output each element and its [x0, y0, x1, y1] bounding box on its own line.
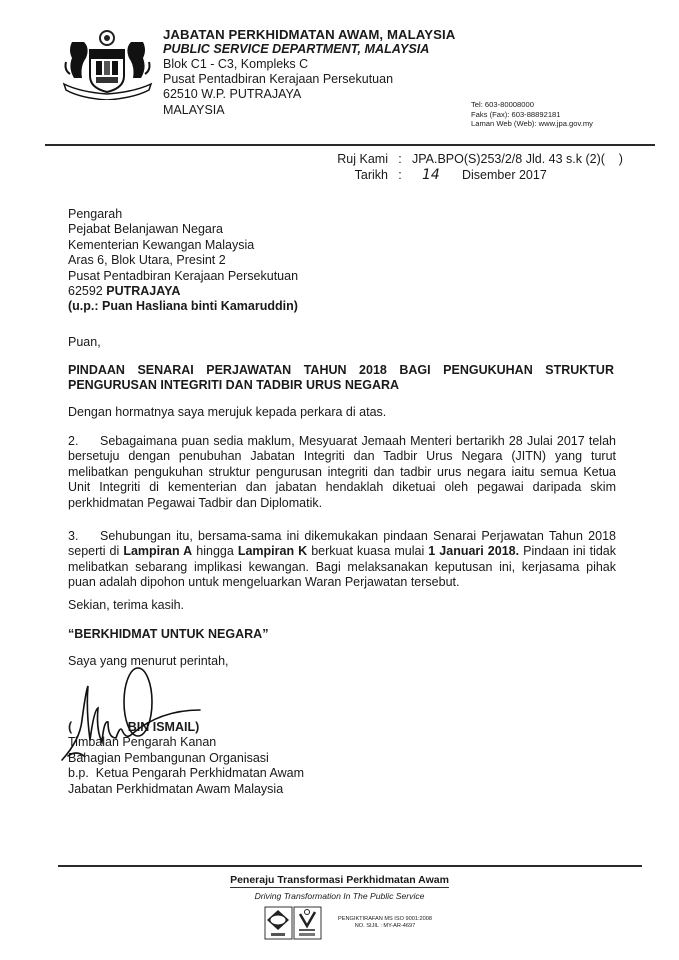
subject-line-1: PINDAAN SENARAI PERJAWATAN TAHUN 2018 BA… [68, 363, 614, 378]
date-month-year: Disember 2017 [462, 167, 547, 183]
address-line: Pusat Pentadbiran Kerajaan Persekutuan [163, 72, 393, 87]
reference-number: JPA.BPO(S)253/2/8 Jld. 43 s.k (2)( ) [412, 151, 623, 167]
addressee-block: Pengarah Pejabat Belanjawan Negara Kemen… [68, 207, 298, 315]
footer-tagline-text: Peneraju Transformasi Perkhidmatan Awam [230, 874, 449, 888]
signatory-department: Jabatan Perkhidmatan Awam Malaysia [68, 782, 304, 797]
salutation: Puan, [68, 335, 101, 350]
footer-divider [58, 865, 642, 867]
sirim-logo-icon [265, 907, 292, 939]
fax-number: Faks (Fax): 603-88892181 [471, 110, 593, 120]
addressee-line: Pengarah [68, 207, 298, 222]
footer-tagline: Peneraju Transformasi Perkhidmatan Awam [0, 874, 679, 886]
paragraph-3: 3.Sehubungan itu, bersama-sama ini dikem… [68, 529, 616, 591]
attachment-a: Lampiran A [123, 544, 192, 558]
postcode: 62592 [68, 284, 103, 298]
phone-number: Tel: 603-80008000 [471, 100, 593, 110]
paragraph-text: hingga [192, 544, 238, 558]
city: PUTRAJAYA [106, 284, 180, 298]
paragraph-text: Sebagaimana puan sedia maklum, Mesyuarat… [68, 434, 616, 510]
address-line: MALAYSIA [163, 103, 393, 118]
address-line: 62510 W.P. PUTRAJAYA [163, 87, 393, 102]
date-day-handwritten: 14 [412, 167, 462, 183]
header-divider [45, 144, 655, 146]
motto: “BERKHIDMAT UNTUK NEGARA” [68, 627, 268, 642]
contact-info: Tel: 603-80008000 Faks (Fax): 603-888921… [471, 100, 593, 129]
signature-icon [60, 660, 210, 770]
org-name: JABATAN PERKHIDMATAN AWAM, MALAYSIA [163, 27, 455, 42]
addressee-postcode-city: 62592 PUTRAJAYA [68, 284, 298, 299]
attachment-k: Lampiran K [238, 544, 307, 558]
address-line: Blok C1 - C3, Kompleks C [163, 57, 393, 72]
closing: Sekian, terima kasih. [68, 598, 184, 613]
certification-logos [264, 906, 322, 940]
footer-tagline-english: Driving Transformation In The Public Ser… [0, 891, 679, 901]
ukas-logo-icon [294, 907, 321, 939]
reference-block: Ruj Kami : JPA.BPO(S)253/2/8 Jld. 43 s.k… [318, 151, 623, 183]
addressee-line: Kementerian Kewangan Malaysia [68, 238, 298, 253]
paragraph-text: berkuat kuasa mulai [307, 544, 428, 558]
iso-certification: PENGIKTIRAFAN MS ISO 9001:2008 [330, 916, 440, 923]
certificate-number: NO. SIJIL : MY-AR-4697 [330, 923, 440, 930]
addressee-line: Pusat Pentadbiran Kerajaan Persekutuan [68, 269, 298, 284]
attention-line: (u.p.: Puan Hasliana binti Kamaruddin) [68, 299, 298, 314]
paragraph-2: 2.Sebagaimana puan sedia maklum, Mesyuar… [68, 434, 616, 511]
reference-label: Ruj Kami [318, 151, 388, 167]
org-address: Blok C1 - C3, Kompleks C Pusat Pentadbir… [163, 57, 393, 118]
paragraph-number: 3. [68, 529, 100, 544]
coat-of-arms-icon [60, 28, 155, 100]
website: Laman Web (Web): www.jpa.gov.my [471, 119, 593, 129]
paragraph-number: 2. [68, 434, 100, 449]
effective-date: 1 Januari 2018. [428, 544, 519, 558]
addressee-line: Aras 6, Blok Utara, Presint 2 [68, 253, 298, 268]
separator: : [388, 167, 412, 183]
intro-paragraph: Dengan hormatnya saya merujuk kepada per… [68, 405, 386, 420]
addressee-line: Pejabat Belanjawan Negara [68, 222, 298, 237]
separator: : [388, 151, 412, 167]
org-name-english: PUBLIC SERVICE DEPARTMENT, MALAYSIA [163, 42, 429, 57]
certification-text: PENGIKTIRAFAN MS ISO 9001:2008 NO. SIJIL… [330, 916, 440, 930]
subject-line-2: PENGURUSAN INTEGRITI DAN TADBIR URUS NEG… [68, 378, 399, 392]
date-label: Tarikh [318, 167, 388, 183]
subject-heading: PINDAAN SENARAI PERJAWATAN TAHUN 2018 BA… [68, 363, 614, 394]
